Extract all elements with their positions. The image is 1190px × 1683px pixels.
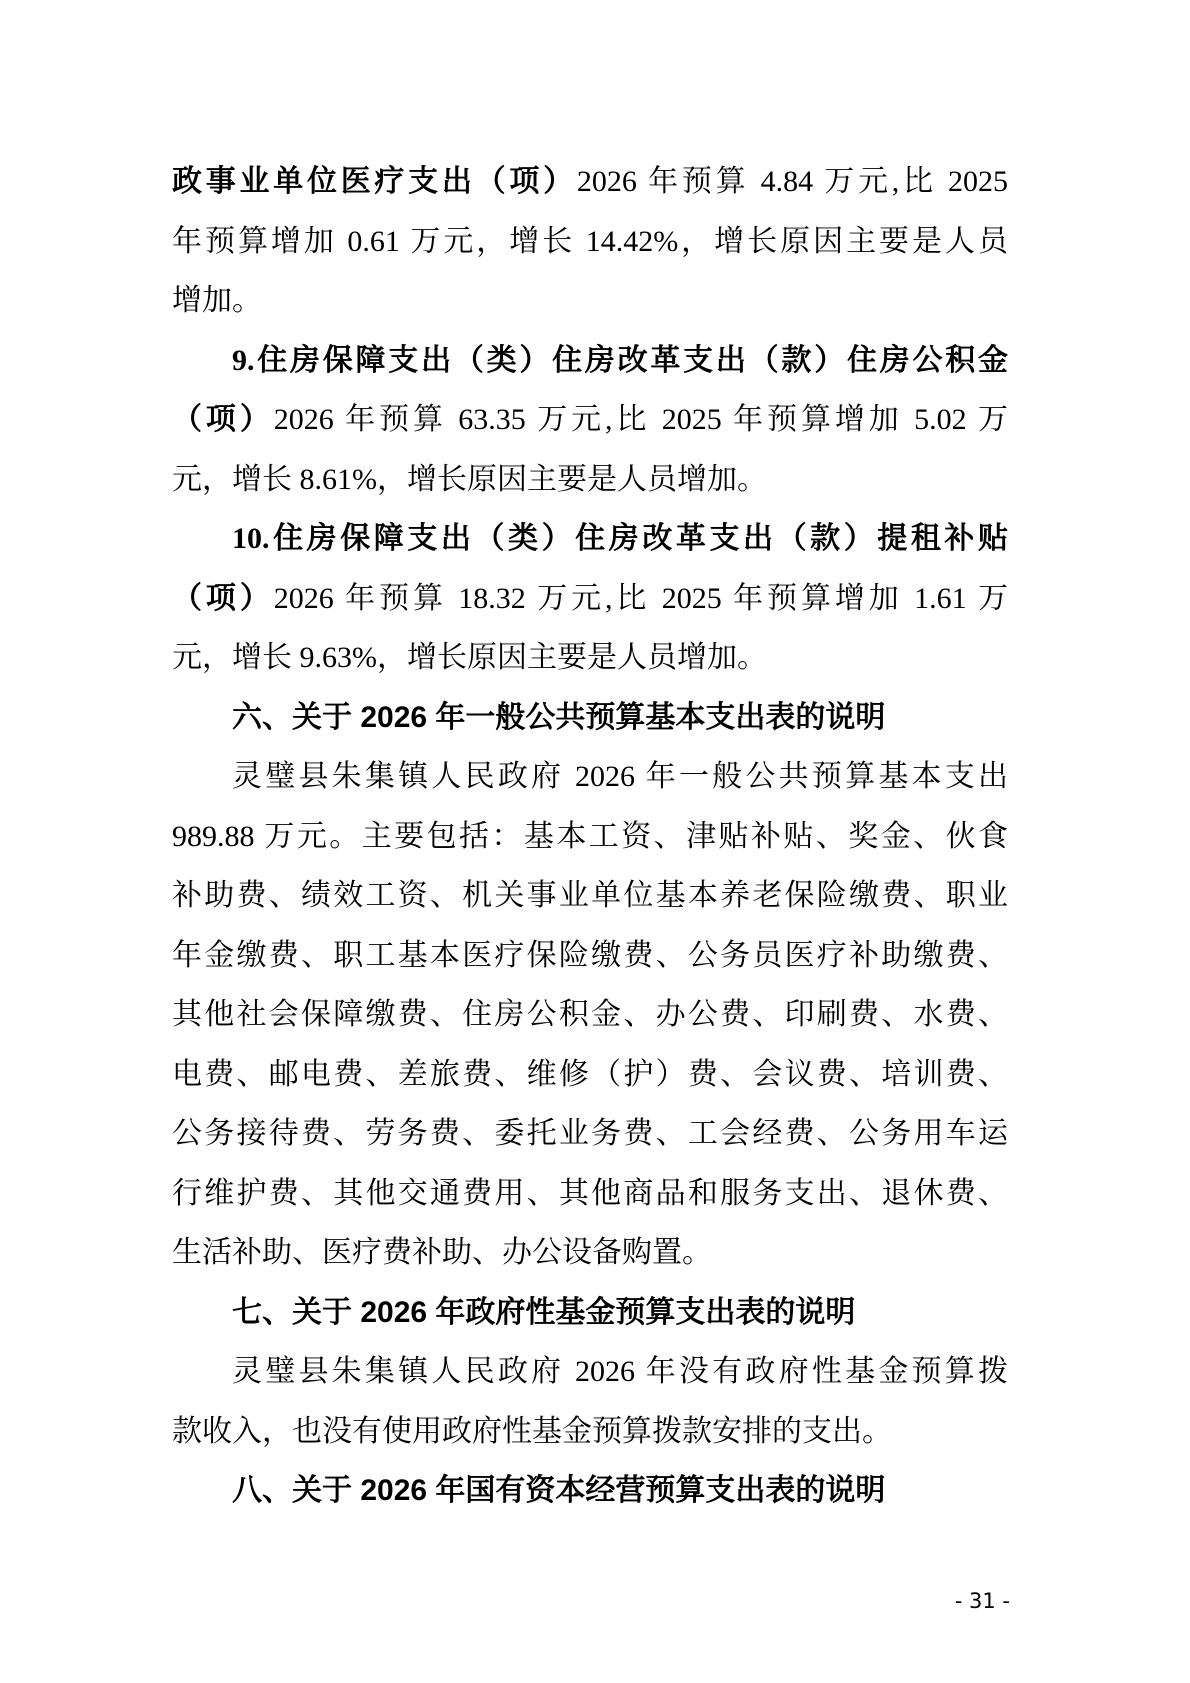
body-text: 公务接待费、劳务费、委托业务费、工会经费、公务用车运 (172, 1117, 1008, 1150)
text-line: 其他社会保障缴费、住房公积金、办公费、印刷费、水费、 (172, 985, 1008, 1045)
text-line: 年预算增加 0.61 万元，增长 14.42%，增长原因主要是人员 (172, 212, 1008, 272)
bold-text: 10.住房保障支出（类）住房改革支出（款）提租补贴 (232, 522, 1008, 555)
document-page: 政事业单位医疗支出（项）2026 年预算 4.84 万元,比 2025年预算增加… (0, 0, 1190, 1683)
bold-text: （项） (172, 582, 274, 615)
bold-text: 八、关于 2026 年国有资本经营预算支出表的说明 (232, 1474, 885, 1507)
text-line: 灵璧县朱集镇人民政府 2026 年没有政府性基金预算拨 (172, 1342, 1008, 1402)
text-line: （项）2026 年预算 63.35 万元,比 2025 年预算增加 5.02 万 (172, 390, 1008, 450)
body-text: 989.88 万元。主要包括：基本工资、津贴补贴、奖金、伙食 (172, 820, 1008, 853)
text-line: 生活补助、医疗费补助、办公设备购置。 (172, 1223, 1008, 1283)
body-text: 年金缴费、职工基本医疗保险缴费、公务员医疗补助缴费、 (172, 939, 1008, 972)
body-text: 增加。 (172, 284, 262, 317)
bold-text: 七、关于 2026 年政府性基金预算支出表的说明 (232, 1296, 855, 1329)
bold-text: （项） (172, 403, 274, 436)
body-text: 补助费、绩效工资、机关事业单位基本养老保险缴费、职业 (172, 879, 1008, 912)
bold-text: 政事业单位医疗支出（项） (172, 165, 577, 198)
body-text: 其他社会保障缴费、住房公积金、办公费、印刷费、水费、 (172, 998, 1008, 1031)
body-text: 2026 年预算 18.32 万元,比 2025 年预算增加 1.61 万 (274, 582, 1008, 615)
text-line: 款收入，也没有使用政府性基金预算拨款安排的支出。 (172, 1402, 1008, 1462)
body-text: 灵璧县朱集镇人民政府 2026 年没有政府性基金预算拨 (232, 1355, 1008, 1388)
bold-text: 六、关于 2026 年一般公共预算基本支出表的说明 (232, 701, 885, 734)
text-line: 行维护费、其他交通费用、其他商品和服务支出、退休费、 (172, 1164, 1008, 1224)
body-text: 元，增长 9.63%，增长原因主要是人员增加。 (172, 641, 767, 674)
section-heading: 八、关于 2026 年国有资本经营预算支出表的说明 (172, 1461, 1008, 1521)
text-line: 元，增长 9.63%，增长原因主要是人员增加。 (172, 628, 1008, 688)
text-line: 元，增长 8.61%，增长原因主要是人员增加。 (172, 450, 1008, 510)
section-heading: 六、关于 2026 年一般公共预算基本支出表的说明 (172, 688, 1008, 748)
body-text: 元，增长 8.61%，增长原因主要是人员增加。 (172, 463, 767, 496)
body-text: 款收入，也没有使用政府性基金预算拨款安排的支出。 (172, 1415, 892, 1448)
text-line: 灵璧县朱集镇人民政府 2026 年一般公共预算基本支出 (172, 747, 1008, 807)
text-line: 补助费、绩效工资、机关事业单位基本养老保险缴费、职业 (172, 866, 1008, 926)
text-line: 9.住房保障支出（类）住房改革支出（款）住房公积金 (172, 331, 1008, 391)
body-text: 电费、邮电费、差旅费、维修（护）费、会议费、培训费、 (172, 1058, 1008, 1091)
text-line: 政事业单位医疗支出（项）2026 年预算 4.84 万元,比 2025 (172, 152, 1008, 212)
body-text: 2026 年预算 63.35 万元,比 2025 年预算增加 5.02 万 (274, 403, 1008, 436)
body-text: 生活补助、医疗费补助、办公设备购置。 (172, 1236, 712, 1269)
text-line: （项）2026 年预算 18.32 万元,比 2025 年预算增加 1.61 万 (172, 569, 1008, 629)
section-heading: 七、关于 2026 年政府性基金预算支出表的说明 (172, 1283, 1008, 1343)
document-body: 政事业单位医疗支出（项）2026 年预算 4.84 万元,比 2025年预算增加… (172, 152, 1008, 1521)
text-line: 989.88 万元。主要包括：基本工资、津贴补贴、奖金、伙食 (172, 807, 1008, 867)
text-line: 10.住房保障支出（类）住房改革支出（款）提租补贴 (172, 509, 1008, 569)
bold-text: 9.住房保障支出（类）住房改革支出（款）住房公积金 (232, 344, 1008, 377)
page-number: - 31 - (955, 1589, 1010, 1613)
text-line: 年金缴费、职工基本医疗保险缴费、公务员医疗补助缴费、 (172, 926, 1008, 986)
text-line: 公务接待费、劳务费、委托业务费、工会经费、公务用车运 (172, 1104, 1008, 1164)
body-text: 灵璧县朱集镇人民政府 2026 年一般公共预算基本支出 (232, 760, 1008, 793)
text-line: 增加。 (172, 271, 1008, 331)
text-line: 电费、邮电费、差旅费、维修（护）费、会议费、培训费、 (172, 1045, 1008, 1105)
body-text: 年预算增加 0.61 万元，增长 14.42%，增长原因主要是人员 (172, 225, 1008, 258)
body-text: 2026 年预算 4.84 万元,比 2025 (577, 165, 1008, 198)
body-text: 行维护费、其他交通费用、其他商品和服务支出、退休费、 (172, 1177, 1008, 1210)
